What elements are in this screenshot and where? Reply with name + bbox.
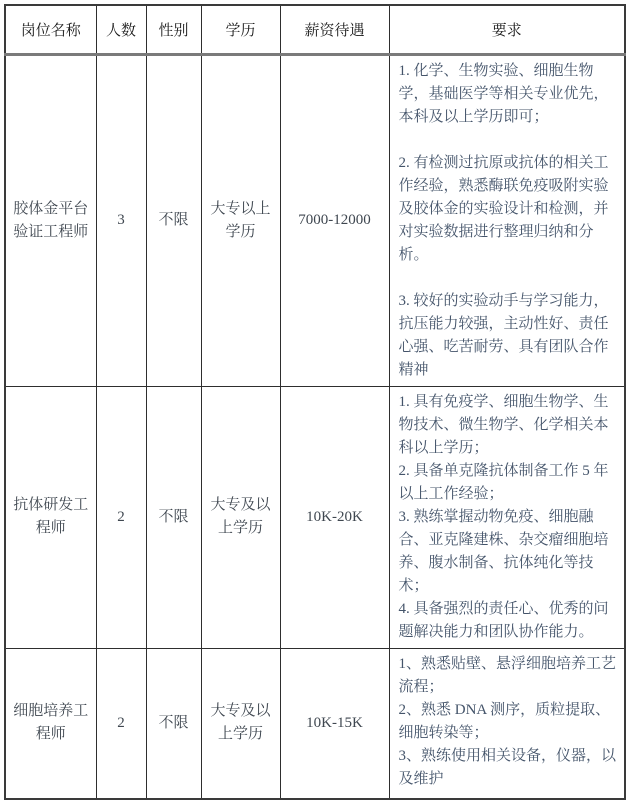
salary-cell: 10K-20K — [280, 386, 389, 648]
requirements-cell: 1、熟悉贴壁、悬浮细胞培养工艺流程； 2、熟悉 DNA 测序，质粒提取、细胞转染… — [389, 648, 625, 799]
requirement-item: 3. 熟练掌握动物免疫、细胞融合、亚克隆建株、杂交瘤细胞培养、腹水制备、抗体纯化… — [399, 506, 617, 598]
gender-cell: 不限 — [146, 54, 201, 386]
headcount-cell: 2 — [96, 648, 146, 799]
gender-cell: 不限 — [146, 648, 201, 799]
education-cell: 大专以上学历 — [201, 54, 280, 386]
requirement-item: 1. 化学、生物实验、细胞生物学，基础医学等相关专业优先，本科及以上学历即可； — [399, 60, 617, 129]
requirement-item: 4. 具备强烈的责任心、优秀的问题解决能力和团队协作能力。 — [399, 598, 617, 644]
header-cell-headcount: 人数 — [96, 5, 146, 54]
header-cell-gender: 性别 — [146, 5, 201, 54]
requirement-item: 2、熟悉 DNA 测序，质粒提取、细胞转染等； — [399, 699, 617, 745]
requirement-item: 2. 有检测过抗原或抗体的相关工作经验，熟悉酶联免疫吸附实验及胶体金的实验设计和… — [399, 152, 617, 267]
requirement-item: 1. 具有免疫学、细胞生物学、生物技术、微生物学、化学相关本科以上学历； — [399, 391, 617, 460]
headcount-cell: 2 — [96, 386, 146, 648]
header-cell-salary: 薪资待遇 — [280, 5, 389, 54]
education-cell: 大专及以上学历 — [201, 648, 280, 799]
table-row: 细胞培养工程师 2 不限 大专及以上学历 10K-15K 1、熟悉贴壁、悬浮细胞… — [5, 648, 625, 799]
header-cell-requirements: 要求 — [389, 5, 625, 54]
table-header-row: 岗位名称 人数 性别 学历 薪资待遇 要求 — [5, 5, 625, 54]
position-cell: 胶体金平台验证工程师 — [5, 54, 96, 386]
education-cell: 大专及以上学历 — [201, 386, 280, 648]
gender-cell: 不限 — [146, 386, 201, 648]
requirement-item: 3. 较好的实验动手与学习能力，抗压能力较强，主动性好、责任心强、吃苦耐劳、具有… — [399, 290, 617, 382]
requirement-item: 1、熟悉贴壁、悬浮细胞培养工艺流程； — [399, 653, 617, 699]
salary-cell: 7000-12000 — [280, 54, 389, 386]
requirement-item: 2. 具备单克隆抗体制备工作 5 年以上工作经验； — [399, 460, 617, 506]
table-row: 胶体金平台验证工程师 3 不限 大专以上学历 7000-12000 1. 化学、… — [5, 54, 625, 386]
requirement-item: 3、熟练使用相关设备，仪器，以及维护 — [399, 745, 617, 791]
position-cell: 抗体研发工程师 — [5, 386, 96, 648]
job-postings-table: 岗位名称 人数 性别 学历 薪资待遇 要求 胶体金平台验证工程师 3 不限 大专… — [4, 4, 626, 800]
header-cell-education: 学历 — [201, 5, 280, 54]
salary-cell: 10K-15K — [280, 648, 389, 799]
position-cell: 细胞培养工程师 — [5, 648, 96, 799]
table-row: 抗体研发工程师 2 不限 大专及以上学历 10K-20K 1. 具有免疫学、细胞… — [5, 386, 625, 648]
header-cell-position: 岗位名称 — [5, 5, 96, 54]
requirements-cell: 1. 化学、生物实验、细胞生物学，基础医学等相关专业优先，本科及以上学历即可； … — [389, 54, 625, 386]
headcount-cell: 3 — [96, 54, 146, 386]
requirements-cell: 1. 具有免疫学、细胞生物学、生物技术、微生物学、化学相关本科以上学历； 2. … — [389, 386, 625, 648]
